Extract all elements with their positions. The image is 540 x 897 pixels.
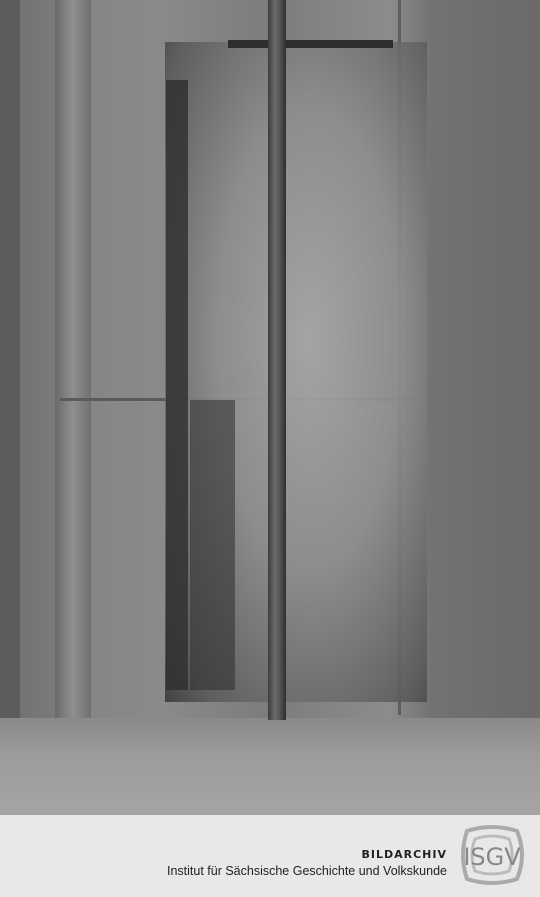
archive-title: BILDARCHIV [362, 848, 448, 861]
left-wall-edge [0, 0, 20, 720]
left-pilaster [55, 0, 91, 722]
institute-name: Institut für Sächsische Geschichte und V… [167, 864, 447, 878]
floor [0, 718, 540, 815]
fresco-left-band [166, 80, 188, 690]
fresco-shadow [190, 400, 235, 690]
archival-photo [0, 0, 540, 815]
isgv-logo-icon: ISGV [457, 823, 527, 887]
svg-text:ISGV: ISGV [463, 843, 521, 871]
vertical-pipe [268, 0, 286, 720]
fresco-top-edge [228, 40, 393, 48]
